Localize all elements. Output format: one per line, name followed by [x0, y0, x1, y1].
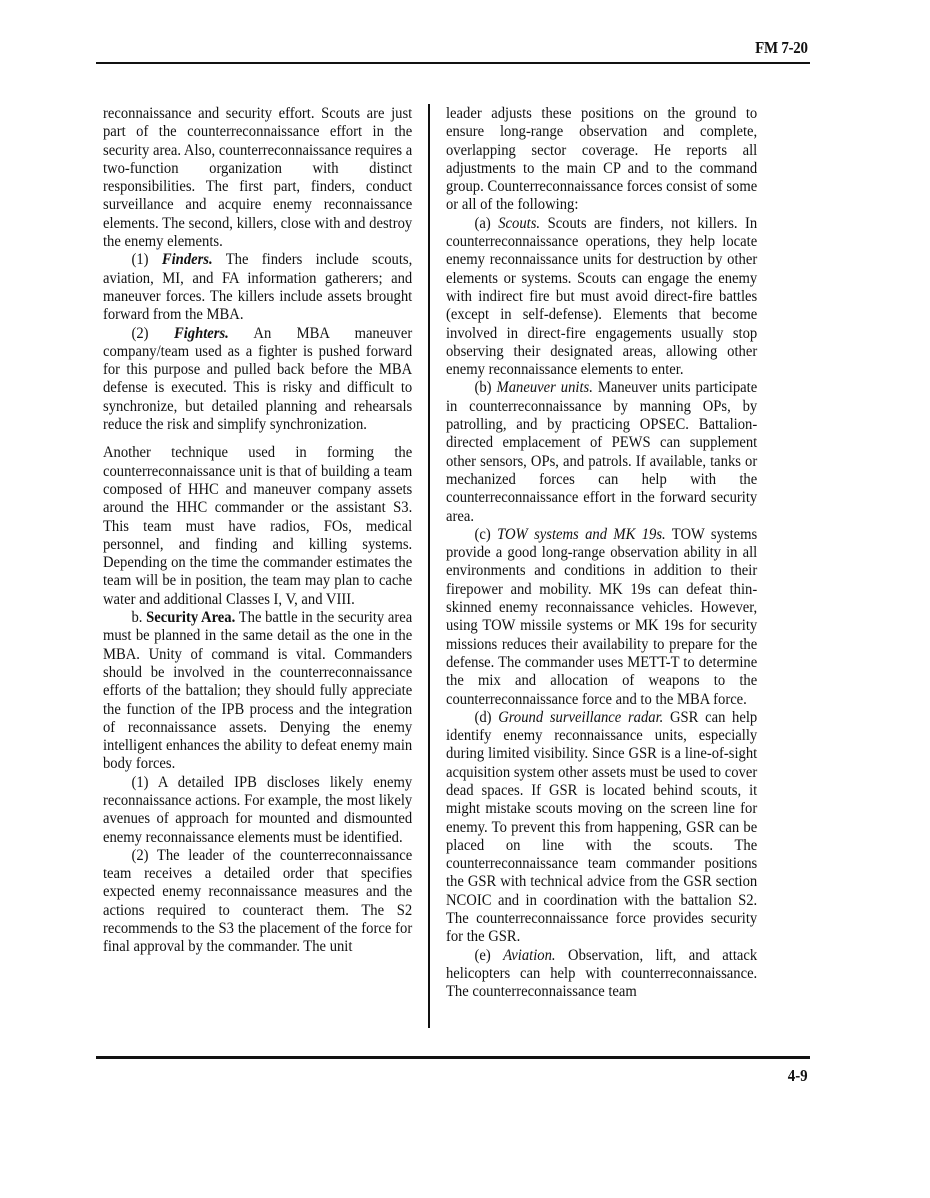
run-in-heading: Fighters.: [174, 325, 229, 342]
footer-rule: [96, 1056, 810, 1059]
paragraph-maneuver-units: (b) Maneuver units. Maneuver units parti…: [446, 379, 757, 525]
right-column: leader adjusts these positions on the gr…: [446, 105, 758, 1002]
column-divider: [428, 104, 430, 1028]
run-in-heading: Scouts.: [498, 215, 540, 232]
run-in-heading: Finders.: [162, 251, 213, 268]
running-header-doc-id: FM 7-20: [755, 38, 808, 58]
paragraph-continuation: reconnaissance and security effort. Scou…: [103, 105, 412, 251]
paragraph-security-area: b. Security Area. The battle in the secu…: [103, 609, 412, 774]
page-number: 4-9: [788, 1066, 808, 1086]
section-heading: Security Area.: [146, 609, 235, 626]
left-column: reconnaissance and security effort. Scou…: [103, 105, 413, 957]
paragraph-ipb: (1) A detailed IPB discloses likely enem…: [103, 774, 412, 847]
paragraph-fighters: (2) Fighters. An MBA maneuver company/te…: [103, 325, 412, 435]
paragraph-another-technique: Another technique used in forming the co…: [103, 444, 412, 609]
paragraph-gsr: (d) Ground surveillance radar. GSR can h…: [446, 709, 757, 947]
run-in-heading: Ground surveillance radar.: [498, 709, 663, 726]
header-rule: [96, 62, 810, 64]
run-in-heading: Maneuver units.: [497, 379, 593, 396]
paragraph-finders: (1) Finders. The finders include scouts,…: [103, 251, 412, 324]
paragraph-scouts: (a) Scouts. Scouts are finders, not kill…: [446, 215, 757, 380]
run-in-heading: TOW systems and MK 19s.: [497, 526, 666, 543]
run-in-heading: Aviation.: [503, 947, 555, 964]
paragraph-tow-mk19: (c) TOW systems and MK 19s. TOW systems …: [446, 526, 757, 709]
paragraph-continuation: leader adjusts these positions on the gr…: [446, 105, 757, 215]
paragraph-aviation: (e) Aviation. Observation, lift, and att…: [446, 947, 757, 1002]
paragraph-leader-order: (2) The leader of the counterreconnaissa…: [103, 847, 412, 957]
